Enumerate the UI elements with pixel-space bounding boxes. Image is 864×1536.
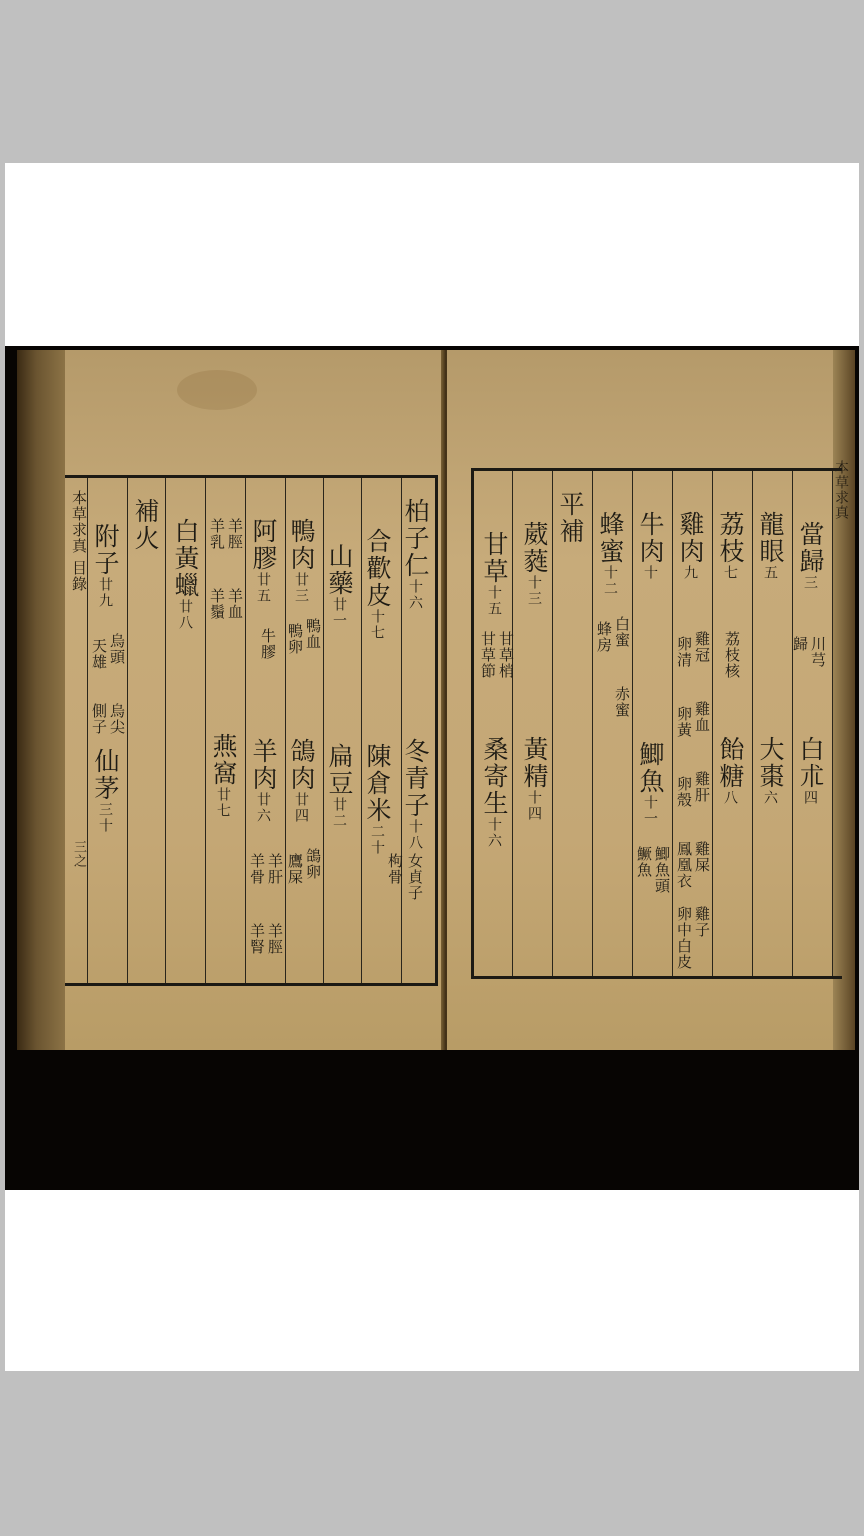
- entry-main: 桑寄生十六: [482, 736, 507, 849]
- entry-main: 甘草十五: [482, 531, 507, 617]
- column-rule: [285, 478, 286, 983]
- entry-note: 甘草節: [480, 631, 495, 679]
- entry-note: 雞屎: [694, 841, 709, 873]
- entry-main: 羊肉廿六: [251, 738, 276, 824]
- entry-note: 鴨卵: [287, 623, 302, 655]
- entry-note: 卵殼: [676, 776, 691, 808]
- entry-note: 天雄: [91, 638, 106, 670]
- entry-note: 羊血: [227, 588, 242, 620]
- entry-main: 附子廿九: [93, 523, 118, 609]
- entry-note: 雞子: [694, 906, 709, 938]
- entry-main: 大棗六: [758, 736, 783, 806]
- entry-main: 合歡皮十七: [365, 528, 390, 641]
- entry-note: 卵中白皮: [676, 906, 691, 970]
- column-rule: [552, 471, 553, 976]
- entry-note: 枸骨: [387, 853, 402, 885]
- entry-note: 雞冠: [694, 631, 709, 663]
- entry-note: 烏尖: [109, 703, 124, 735]
- entry-note: 鷹屎: [287, 853, 302, 885]
- entry-main: 鴨肉廿三: [289, 518, 314, 604]
- entry-main: 雞肉九: [678, 511, 703, 581]
- column-rule: [832, 471, 833, 976]
- entry-main: 山藥廿一: [327, 543, 352, 629]
- column-rule: [323, 478, 324, 983]
- entry-main: 當歸三: [798, 521, 823, 591]
- column-rule: [361, 478, 362, 983]
- entry-main: 飴糖八: [718, 736, 743, 806]
- column-rule: [712, 471, 713, 976]
- entry-note: 羊鬚: [209, 588, 224, 620]
- column-rule: [127, 478, 128, 983]
- entry-note: 卵黃: [676, 706, 691, 738]
- column-rule: [792, 471, 793, 976]
- column-rule: [205, 478, 206, 983]
- column-rule: [512, 471, 513, 976]
- entry-main: 荔枝七: [718, 511, 743, 581]
- entry-note: 羊脛: [227, 518, 242, 550]
- entry-note: 羊脛: [267, 923, 282, 955]
- entry-main: 牛肉十: [638, 511, 663, 581]
- entry-note: 側子: [91, 703, 106, 735]
- entry-main: 蜂蜜十二: [598, 511, 623, 597]
- entry-note: 卵清: [676, 636, 691, 668]
- column-rule: [672, 471, 673, 976]
- right-text-frame: 當歸三 川芎 歸 白朮四 龍眼五 大棗六 荔枝七 荔枝核 飴糖八 雞肉九 雞冠 …: [471, 468, 842, 979]
- entry-note: 女貞子: [407, 853, 422, 901]
- entry-main: 仙茅三十: [93, 748, 118, 834]
- column-rule: [87, 478, 88, 983]
- entry-note: 牛膠: [260, 628, 275, 660]
- entry-note: 川芎: [810, 636, 825, 668]
- entry-main: 阿膠廿五: [251, 518, 276, 604]
- column-rule: [165, 478, 166, 983]
- entry-main: 鯽魚十一: [638, 741, 663, 827]
- entry-main: 鴿肉廿四: [289, 738, 314, 824]
- entry-main: 葳蕤十三: [522, 521, 547, 607]
- entry-main: 龍眼五: [758, 511, 783, 581]
- entry-note: 鴨血: [305, 618, 320, 650]
- left-page: 本草求真 目錄 三之 柏子仁十六 冬青子十八 女貞子 枸骨 合歡皮十七 陳倉米二…: [17, 350, 445, 1050]
- entry-note: 甘草梢: [498, 631, 513, 679]
- right-page: 本草求真 當歸三 川芎 歸 白朮四 龍眼五 大棗六 荔枝七 荔枝核 飴糖八 雞: [447, 350, 855, 1050]
- entry-note: 鱖魚: [636, 846, 651, 878]
- entry-note: 鳳凰衣: [676, 841, 691, 889]
- entry-note: 赤蜜: [614, 686, 629, 718]
- entry-note: 雞血: [694, 701, 709, 733]
- entry-note: 荔枝核: [724, 631, 739, 679]
- column-rule: [752, 471, 753, 976]
- entry-main: 柏子仁十六: [403, 498, 428, 611]
- entry-main: 白朮四: [798, 736, 823, 806]
- entry-main: 陳倉米二十: [365, 743, 390, 856]
- entry-note: 鯽魚頭: [654, 846, 669, 894]
- entry-main: 冬青子十八: [403, 738, 428, 851]
- entry-note: 白蜜: [614, 616, 629, 648]
- entry-note: 雞肝: [694, 771, 709, 803]
- section-heading: 補火: [133, 498, 158, 552]
- entry-note: 羊腎: [249, 923, 264, 955]
- column-rule: [632, 471, 633, 976]
- entry-main: 黃精十四: [522, 736, 547, 822]
- entry-note: 蜂房: [596, 621, 611, 653]
- entry-note: 烏頭: [109, 633, 124, 665]
- column-rule: [592, 471, 593, 976]
- book-scan-image: 本草求真 目錄 三之 柏子仁十六 冬青子十八 女貞子 枸骨 合歡皮十七 陳倉米二…: [5, 346, 859, 1190]
- left-text-frame: 柏子仁十六 冬青子十八 女貞子 枸骨 合歡皮十七 陳倉米二十 山藥廿一 扁豆廿二…: [65, 475, 438, 986]
- entry-note: 羊肝: [267, 853, 282, 885]
- section-heading: 平補: [558, 491, 583, 545]
- entry-main: 白黃蠟廿八: [173, 518, 198, 631]
- paper-stain: [177, 370, 257, 410]
- column-rule: [245, 478, 246, 983]
- entry-note: 歸: [792, 636, 807, 652]
- entry-note: 羊乳: [209, 518, 224, 550]
- entry-main: 燕窩廿七: [211, 733, 236, 819]
- entry-main: 扁豆廿二: [327, 743, 352, 829]
- book-fore-edge: [17, 350, 65, 1050]
- entry-note: 羊骨: [249, 853, 264, 885]
- entry-note: 鴿卵: [305, 848, 320, 880]
